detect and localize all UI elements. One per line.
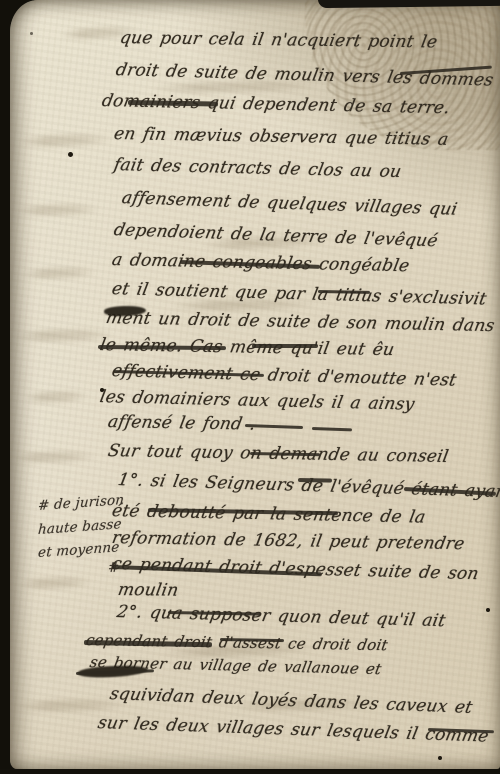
ink-dot bbox=[486, 608, 490, 612]
ink-dot bbox=[68, 152, 73, 157]
scan-background: que pour cela il n'acquiert point le dro… bbox=[0, 0, 500, 774]
strike-mark bbox=[252, 344, 318, 348]
manuscript-page: que pour cela il n'acquiert point le dro… bbox=[10, 0, 500, 769]
strike-mark bbox=[298, 478, 332, 483]
manuscript-line: affensé le fond . bbox=[107, 414, 257, 434]
ink-dot bbox=[100, 388, 104, 392]
scan-edge-bottom bbox=[0, 769, 500, 774]
manuscript-line: que pour cela il n'acquiert point le bbox=[119, 30, 439, 51]
ink-dot bbox=[438, 756, 442, 760]
manuscript-line: moulin bbox=[117, 582, 180, 600]
ink-dot bbox=[30, 32, 33, 35]
